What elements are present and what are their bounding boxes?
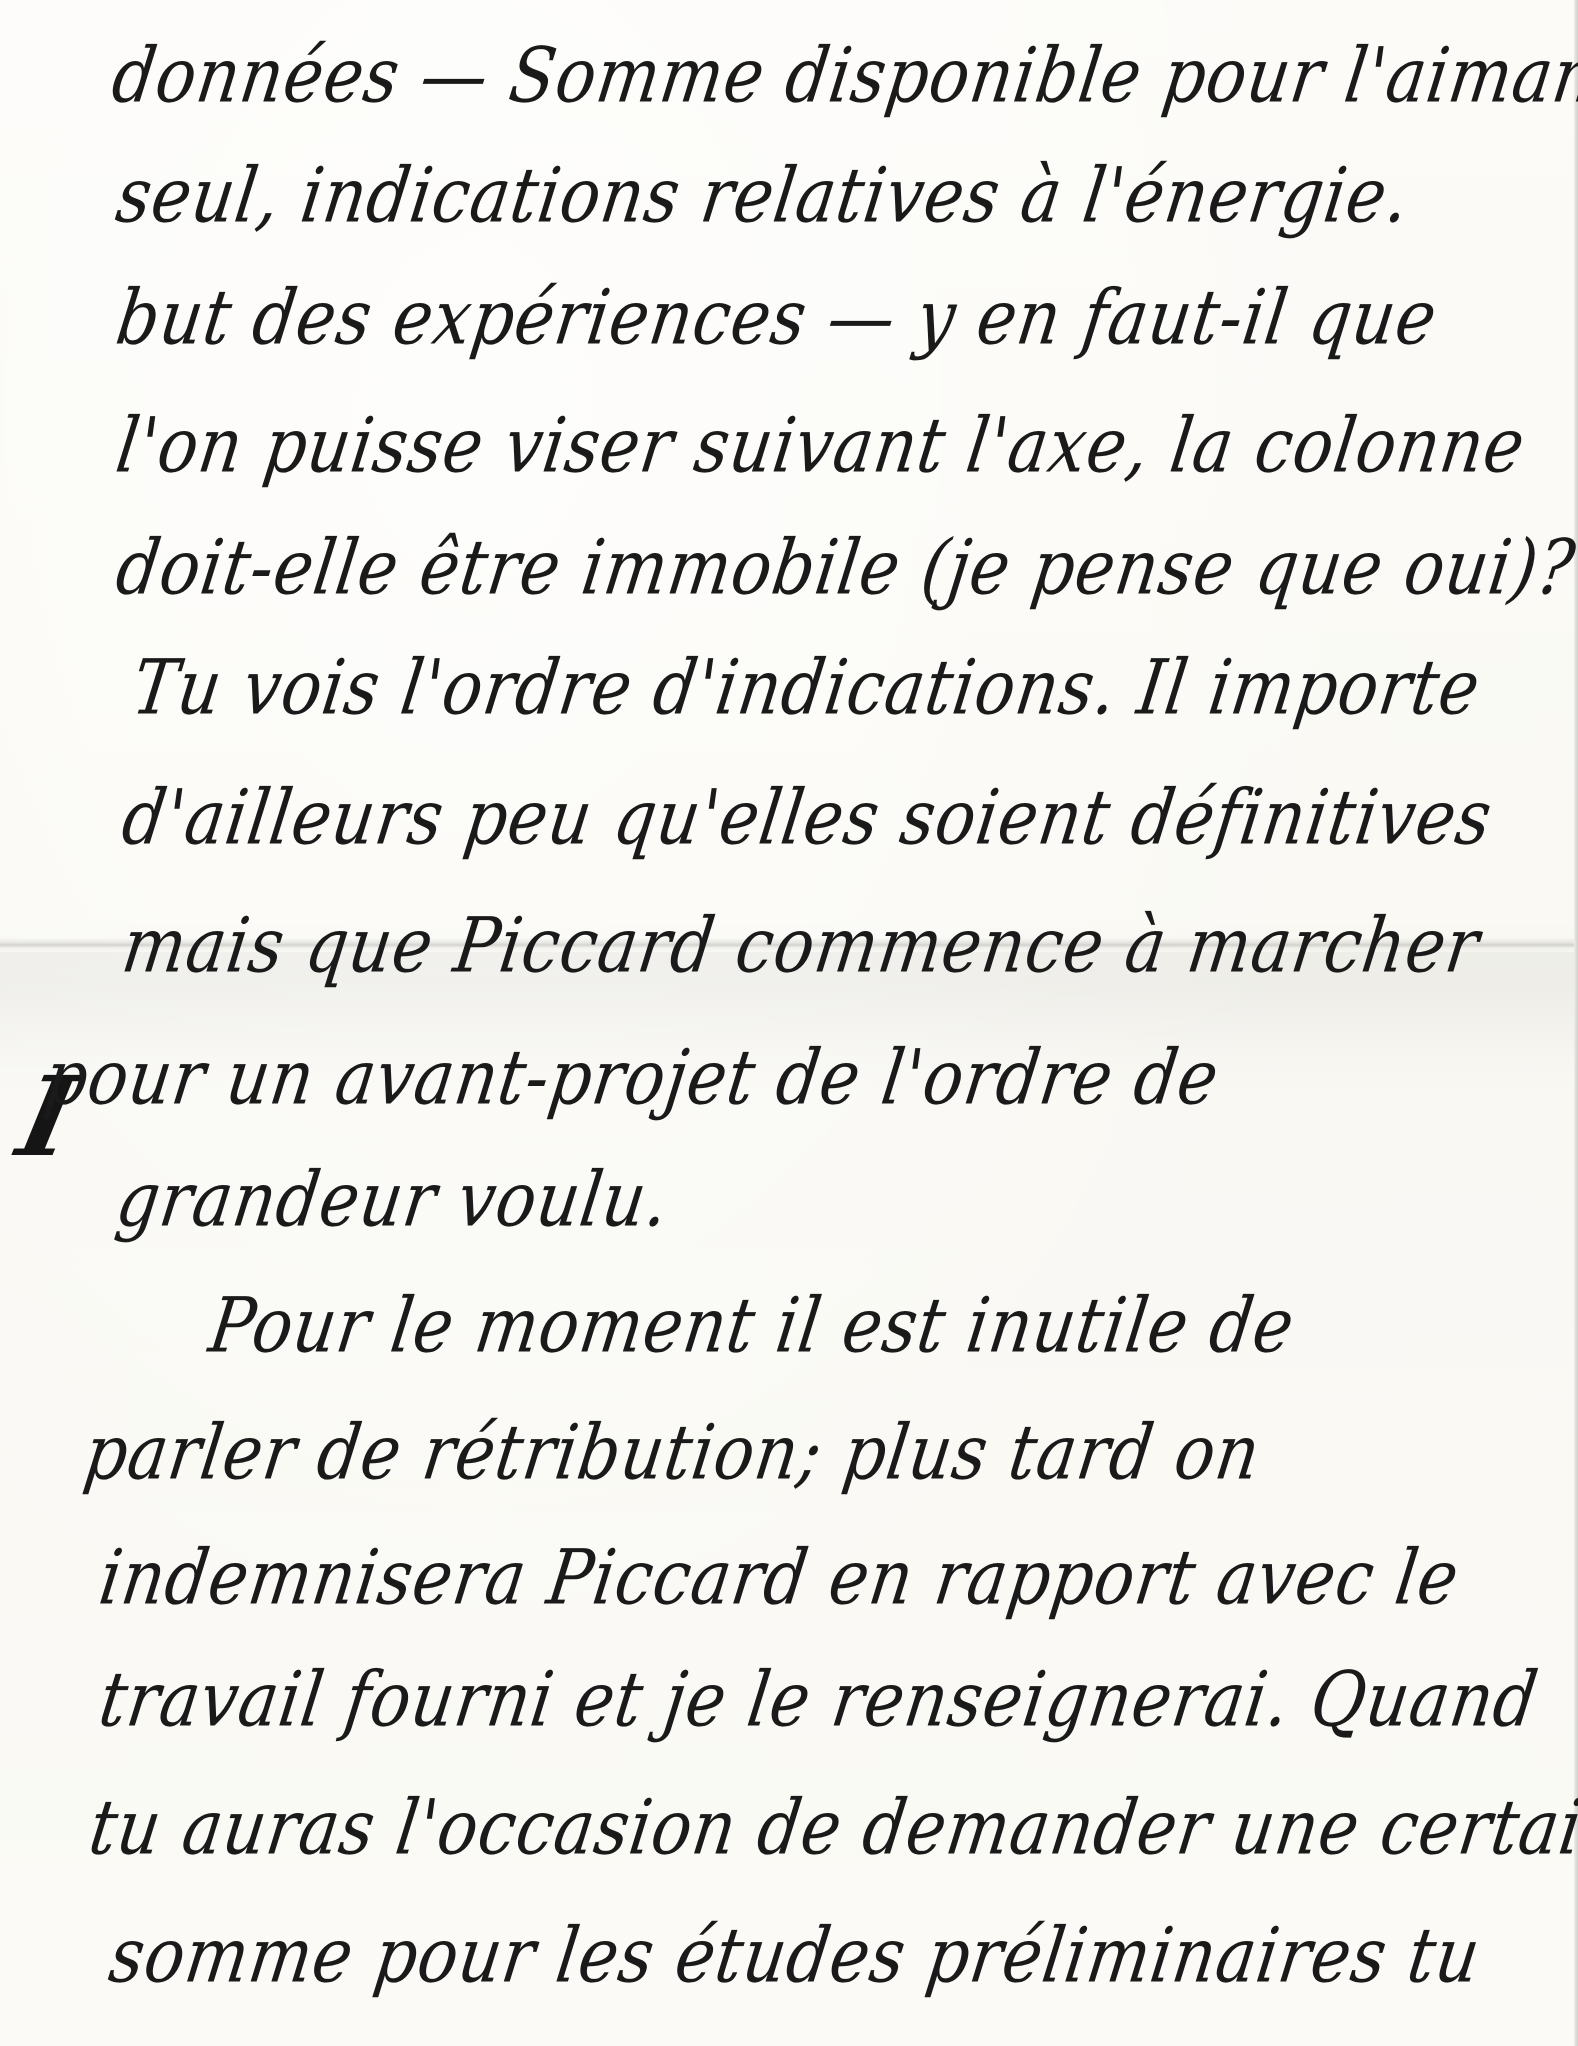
handwritten-line: tu auras l'occasion de demander une cert… [85, 1790, 1578, 1866]
handwritten-line: grandeur voulu. [112, 1162, 674, 1238]
handwritten-line: seul, indications relatives à l'énergie. [112, 158, 1414, 234]
letter-page: I données — Somme disponible pour l'aima… [0, 0, 1578, 2046]
handwritten-line: d'ailleurs peu qu'elles soient définitiv… [118, 780, 1497, 856]
handwritten-line: pour un avant-projet de l'ordre de [40, 1040, 1224, 1116]
handwritten-line: indemnisera Piccard en rapport avec le [95, 1540, 1464, 1616]
handwritten-line: travail fourni et je le renseignerai. Qu… [95, 1662, 1543, 1738]
handwritten-line: somme pour les études préliminaires tu [105, 1918, 1485, 1994]
handwritten-line: but des expériences — y en faut-il que [112, 280, 1442, 356]
page-right-edge [1574, 0, 1578, 2046]
handwritten-line: Pour le moment il est inutile de [205, 1288, 1299, 1364]
handwritten-line: Tu vois l'ordre d'indications. Il import… [128, 650, 1485, 726]
handwritten-line: mais que Piccard commence à marcher [118, 908, 1484, 984]
handwritten-line: parler de rétribution; plus tard on [80, 1415, 1265, 1491]
handwritten-line: données — Somme disponible pour l'aimant [108, 38, 1578, 114]
handwritten-line: l'on puisse viser suivant l'axe, la colo… [112, 408, 1530, 484]
handwritten-line: doit-elle être immobile (je pense que ou… [112, 530, 1578, 606]
